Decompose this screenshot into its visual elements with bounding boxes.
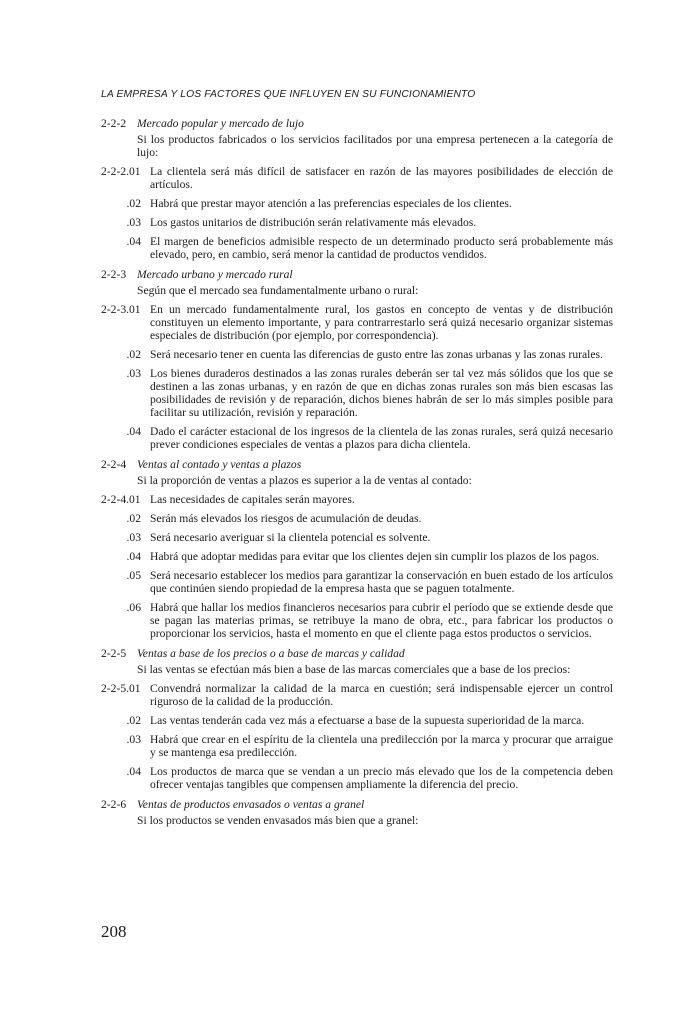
section-number: 2-2-5 bbox=[101, 647, 137, 660]
item-text: Los productos de marca que se vendan a u… bbox=[150, 765, 613, 791]
list-item: .03 Los gastos unitarios de distribución… bbox=[101, 216, 613, 229]
item-number: .02 bbox=[101, 197, 150, 210]
item-number: .05 bbox=[101, 569, 150, 595]
item-number: .02 bbox=[101, 714, 150, 727]
section-2-2-5: 2-2-5 Ventas a base de los precios o a b… bbox=[101, 647, 613, 791]
item-number: .03 bbox=[101, 733, 150, 759]
section-heading: 2-2-3 Mercado urbano y mercado rural bbox=[101, 268, 613, 281]
item-number: .04 bbox=[101, 425, 150, 451]
item-text: El margen de beneficios admisible respec… bbox=[150, 235, 613, 261]
section-intro: Si la proporción de ventas a plazos es s… bbox=[137, 474, 613, 487]
item-number: 2-2-5.01 bbox=[101, 682, 150, 708]
section-heading: 2-2-2 Mercado popular y mercado de lujo bbox=[101, 117, 613, 130]
item-text: Será necesario tener en cuenta las difer… bbox=[150, 348, 613, 361]
section-title: Mercado urbano y mercado rural bbox=[137, 268, 293, 281]
list-item: 2-2-5.01 Convendrá normalizar la calidad… bbox=[101, 682, 613, 708]
list-item: .04 Habrá que adoptar medidas para evita… bbox=[101, 550, 613, 563]
page-number: 208 bbox=[101, 922, 127, 942]
item-text: Las ventas tenderán cada vez más a efect… bbox=[150, 714, 613, 727]
item-text: Habrá que prestar mayor atención a las p… bbox=[150, 197, 613, 210]
item-number: .02 bbox=[101, 348, 150, 361]
item-text: Serán más elevados los riesgos de acumul… bbox=[150, 512, 613, 525]
section-heading: 2-2-4 Ventas al contado y ventas a plazo… bbox=[101, 458, 613, 471]
list-item: 2-2-2.01 La clientela será más difícil d… bbox=[101, 165, 613, 191]
list-item: .02 Habrá que prestar mayor atención a l… bbox=[101, 197, 613, 210]
section-2-2-3: 2-2-3 Mercado urbano y mercado rural Seg… bbox=[101, 268, 613, 451]
section-title: Ventas de productos envasados o ventas a… bbox=[137, 798, 364, 811]
item-number: .04 bbox=[101, 550, 150, 563]
list-item: .03 Habrá que crear en el espíritu de la… bbox=[101, 733, 613, 759]
list-item: .03 Será necesario averiguar si la clien… bbox=[101, 531, 613, 544]
item-number: .04 bbox=[101, 765, 150, 791]
item-number: 2-2-2.01 bbox=[101, 165, 150, 191]
item-number: .06 bbox=[101, 601, 150, 640]
section-2-2-2: 2-2-2 Mercado popular y mercado de lujo … bbox=[101, 117, 613, 261]
list-item: .02 Serán más elevados los riesgos de ac… bbox=[101, 512, 613, 525]
section-heading: 2-2-5 Ventas a base de los precios o a b… bbox=[101, 647, 613, 660]
section-number: 2-2-4 bbox=[101, 458, 137, 471]
item-text: Dado el carácter estacional de los ingre… bbox=[150, 425, 613, 451]
section-intro: Según que el mercado sea fundamentalment… bbox=[137, 284, 613, 297]
section-2-2-4: 2-2-4 Ventas al contado y ventas a plazo… bbox=[101, 458, 613, 640]
item-text: Habrá que hallar los medios financieros … bbox=[150, 601, 613, 640]
item-text: Habrá que adoptar medidas para evitar qu… bbox=[150, 550, 613, 563]
list-item: .02 Las ventas tenderán cada vez más a e… bbox=[101, 714, 613, 727]
section-intro: Si los productos fabricados o los servic… bbox=[137, 133, 613, 159]
item-number: .03 bbox=[101, 531, 150, 544]
list-item: .04 El margen de beneficios admisible re… bbox=[101, 235, 613, 261]
section-intro: Si los productos se venden envasados más… bbox=[137, 814, 613, 827]
section-heading: 2-2-6 Ventas de productos envasados o ve… bbox=[101, 798, 613, 811]
item-text: Los bienes duraderos destinados a las zo… bbox=[150, 367, 613, 419]
item-text: En un mercado fundamentalmente rural, lo… bbox=[150, 303, 613, 342]
item-number: .04 bbox=[101, 235, 150, 261]
item-text: Será necesario averiguar si la clientela… bbox=[150, 531, 613, 544]
item-number: .03 bbox=[101, 367, 150, 419]
item-number: 2-2-3.01 bbox=[101, 303, 150, 342]
section-number: 2-2-3 bbox=[101, 268, 137, 281]
item-number: 2-2-4.01 bbox=[101, 493, 150, 506]
running-head: LA EMPRESA Y LOS FACTORES QUE INFLUYEN E… bbox=[101, 88, 613, 101]
section-intro: Si las ventas se efectúan más bien a bas… bbox=[137, 663, 613, 676]
section-number: 2-2-6 bbox=[101, 798, 137, 811]
list-item: 2-2-4.01 Las necesidades de capitales se… bbox=[101, 493, 613, 506]
item-text: La clientela será más difícil de satisfa… bbox=[150, 165, 613, 191]
section-2-2-6: 2-2-6 Ventas de productos envasados o ve… bbox=[101, 798, 613, 827]
item-text: Habrá que crear en el espíritu de la cli… bbox=[150, 733, 613, 759]
list-item: .06 Habrá que hallar los medios financie… bbox=[101, 601, 613, 640]
item-number: .03 bbox=[101, 216, 150, 229]
section-title: Ventas a base de los precios o a base de… bbox=[137, 647, 405, 660]
section-title: Ventas al contado y ventas a plazos bbox=[137, 458, 301, 471]
list-item: .05 Será necesario establecer los medios… bbox=[101, 569, 613, 595]
document-page: LA EMPRESA Y LOS FACTORES QUE INFLUYEN E… bbox=[101, 88, 613, 827]
item-text: Convendrá normalizar la calidad de la ma… bbox=[150, 682, 613, 708]
section-number: 2-2-2 bbox=[101, 117, 137, 130]
list-item: .02 Será necesario tener en cuenta las d… bbox=[101, 348, 613, 361]
item-text: Las necesidades de capitales serán mayor… bbox=[150, 493, 613, 506]
item-text: Será necesario establecer los medios par… bbox=[150, 569, 613, 595]
section-title: Mercado popular y mercado de lujo bbox=[137, 117, 304, 130]
item-text: Los gastos unitarios de distribución ser… bbox=[150, 216, 613, 229]
list-item: .04 Los productos de marca que se vendan… bbox=[101, 765, 613, 791]
list-item: .03 Los bienes duraderos destinados a la… bbox=[101, 367, 613, 419]
list-item: .04 Dado el carácter estacional de los i… bbox=[101, 425, 613, 451]
list-item: 2-2-3.01 En un mercado fundamentalmente … bbox=[101, 303, 613, 342]
item-number: .02 bbox=[101, 512, 150, 525]
